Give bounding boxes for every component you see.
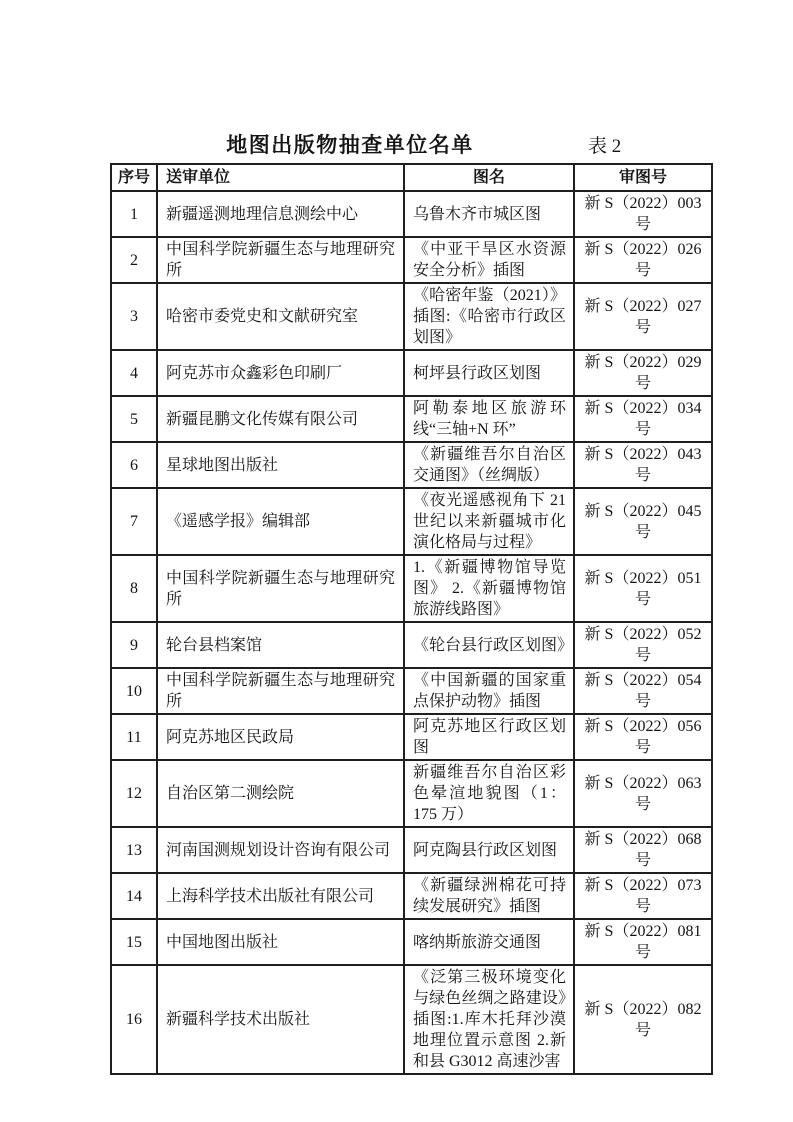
approval-number: 新 S（2022）052 号 bbox=[574, 622, 712, 668]
table-row: 2 中国科学院新疆生态与地理研究所 《中亚干旱区水资源安全分析》插图 新 S（2… bbox=[111, 237, 712, 283]
row-number: 16 bbox=[111, 965, 157, 1074]
document-header: 地图出版物抽查单位名单 表 2 bbox=[0, 130, 793, 162]
submitting-unit: 上海科学技术出版社有限公司 bbox=[157, 873, 404, 919]
table-row: 7 《遥感学报》编辑部 《夜光遥感视角下 21 世纪以来新疆城市化演化格局与过程… bbox=[111, 488, 712, 555]
approval-number: 新 S（2022）029 号 bbox=[574, 350, 712, 396]
map-name: 阿勒泰地区旅游环线“三轴+N 环” bbox=[404, 396, 574, 442]
row-number: 6 bbox=[111, 442, 157, 488]
row-number: 14 bbox=[111, 873, 157, 919]
table-row: 9 轮台县档案馆 《轮台县行政区划图》 新 S（2022）052 号 bbox=[111, 622, 712, 668]
row-number: 8 bbox=[111, 555, 157, 622]
header-row: 序号 送审单位 图名 审图号 bbox=[111, 164, 712, 191]
row-number: 2 bbox=[111, 237, 157, 283]
submitting-unit: 星球地图出版社 bbox=[157, 442, 404, 488]
document-page: 地图出版物抽查单位名单 表 2 序号 送审单位 图名 审图号 1 新疆遥测地理信… bbox=[0, 0, 793, 1122]
table-row: 13 河南国测规划设计咨询有限公司 阿克陶县行政区划图 新 S（2022）068… bbox=[111, 827, 712, 873]
submitting-unit: 新疆遥测地理信息测绘中心 bbox=[157, 191, 404, 237]
map-name: 《哈密年鉴（2021）》插图:《哈密市行政区划图》 bbox=[404, 283, 574, 350]
approval-number: 新 S（2022）063 号 bbox=[574, 760, 712, 827]
map-name: 1.《新疆博物馆导览图》 2.《新疆博物馆旅游线路图》 bbox=[404, 555, 574, 622]
header-cell-no: 序号 bbox=[111, 164, 157, 191]
header-cell-unit: 送审单位 bbox=[157, 164, 404, 191]
row-number: 11 bbox=[111, 714, 157, 760]
row-number: 10 bbox=[111, 668, 157, 714]
approval-number: 新 S（2022）043 号 bbox=[574, 442, 712, 488]
approval-number: 新 S（2022）082 号 bbox=[574, 965, 712, 1074]
submitting-unit: 哈密市委党史和文献研究室 bbox=[157, 283, 404, 350]
row-number: 13 bbox=[111, 827, 157, 873]
submitting-unit: 阿克苏地区民政局 bbox=[157, 714, 404, 760]
map-name: 乌鲁木齐市城区图 bbox=[404, 191, 574, 237]
row-number: 7 bbox=[111, 488, 157, 555]
map-name: 《泛第三极环境变化与绿色丝绸之路建设》插图:1.库木托拜沙漠地理位置示意图 2.… bbox=[404, 965, 574, 1074]
table-row: 5 新疆昆鹏文化传媒有限公司 阿勒泰地区旅游环线“三轴+N 环” 新 S（202… bbox=[111, 396, 712, 442]
map-name: 《新疆维吾尔自治区交通图》（丝绸版） bbox=[404, 442, 574, 488]
submitting-unit: 自治区第二测绘院 bbox=[157, 760, 404, 827]
table-row: 8 中国科学院新疆生态与地理研究所 1.《新疆博物馆导览图》 2.《新疆博物馆旅… bbox=[111, 555, 712, 622]
submitting-unit: 中国科学院新疆生态与地理研究所 bbox=[157, 237, 404, 283]
inspection-units-table: 序号 送审单位 图名 审图号 1 新疆遥测地理信息测绘中心 乌鲁木齐市城区图 新… bbox=[110, 163, 713, 1075]
table-row: 4 阿克苏市众鑫彩色印刷厂 柯坪县行政区划图 新 S（2022）029 号 bbox=[111, 350, 712, 396]
submitting-unit: 轮台县档案馆 bbox=[157, 622, 404, 668]
submitting-unit: 《遥感学报》编辑部 bbox=[157, 488, 404, 555]
submitting-unit: 阿克苏市众鑫彩色印刷厂 bbox=[157, 350, 404, 396]
table-row: 12 自治区第二测绘院 新疆维吾尔自治区彩色晕渲地貌图（1：175 万） 新 S… bbox=[111, 760, 712, 827]
submitting-unit: 中国科学院新疆生态与地理研究所 bbox=[157, 555, 404, 622]
submitting-unit: 中国地图出版社 bbox=[157, 919, 404, 965]
approval-number: 新 S（2022）081 号 bbox=[574, 919, 712, 965]
approval-number: 新 S（2022）045 号 bbox=[574, 488, 712, 555]
approval-number: 新 S（2022）073 号 bbox=[574, 873, 712, 919]
table-row: 16 新疆科学技术出版社 《泛第三极环境变化与绿色丝绸之路建设》插图:1.库木托… bbox=[111, 965, 712, 1074]
map-name: 新疆维吾尔自治区彩色晕渲地貌图（1：175 万） bbox=[404, 760, 574, 827]
approval-number: 新 S（2022）054 号 bbox=[574, 668, 712, 714]
row-number: 15 bbox=[111, 919, 157, 965]
table-row: 1 新疆遥测地理信息测绘中心 乌鲁木齐市城区图 新 S（2022）003 号 bbox=[111, 191, 712, 237]
submitting-unit: 新疆昆鹏文化传媒有限公司 bbox=[157, 396, 404, 442]
map-name: 《中亚干旱区水资源安全分析》插图 bbox=[404, 237, 574, 283]
submitting-unit: 河南国测规划设计咨询有限公司 bbox=[157, 827, 404, 873]
map-name: 《夜光遥感视角下 21 世纪以来新疆城市化演化格局与过程》 bbox=[404, 488, 574, 555]
header-cell-approval: 审图号 bbox=[574, 164, 712, 191]
map-name: 《新疆绿洲棉花可持续发展研究》插图 bbox=[404, 873, 574, 919]
row-number: 9 bbox=[111, 622, 157, 668]
header-cell-map: 图名 bbox=[404, 164, 574, 191]
submitting-unit: 中国科学院新疆生态与地理研究所 bbox=[157, 668, 404, 714]
map-name: 阿克陶县行政区划图 bbox=[404, 827, 574, 873]
table-row: 10 中国科学院新疆生态与地理研究所 《中国新疆的国家重点保护动物》插图 新 S… bbox=[111, 668, 712, 714]
approval-number: 新 S（2022）003 号 bbox=[574, 191, 712, 237]
map-name: 柯坪县行政区划图 bbox=[404, 350, 574, 396]
row-number: 4 bbox=[111, 350, 157, 396]
map-name: 《轮台县行政区划图》 bbox=[404, 622, 574, 668]
row-number: 5 bbox=[111, 396, 157, 442]
approval-number: 新 S（2022）034 号 bbox=[574, 396, 712, 442]
page-title: 地图出版物抽查单位名单 bbox=[226, 130, 474, 160]
row-number: 1 bbox=[111, 191, 157, 237]
table-number-label: 表 2 bbox=[588, 133, 621, 161]
approval-number: 新 S（2022）026 号 bbox=[574, 237, 712, 283]
approval-number: 新 S（2022）027 号 bbox=[574, 283, 712, 350]
submitting-unit: 新疆科学技术出版社 bbox=[157, 965, 404, 1074]
map-name: 阿克苏地区行政区划图 bbox=[404, 714, 574, 760]
table-row: 11 阿克苏地区民政局 阿克苏地区行政区划图 新 S（2022）056 号 bbox=[111, 714, 712, 760]
table-row: 3 哈密市委党史和文献研究室 《哈密年鉴（2021）》插图:《哈密市行政区划图》… bbox=[111, 283, 712, 350]
table-row: 15 中国地图出版社 喀纳斯旅游交通图 新 S（2022）081 号 bbox=[111, 919, 712, 965]
table-row: 6 星球地图出版社 《新疆维吾尔自治区交通图》（丝绸版） 新 S（2022）04… bbox=[111, 442, 712, 488]
approval-number: 新 S（2022）068 号 bbox=[574, 827, 712, 873]
approval-number: 新 S（2022）056 号 bbox=[574, 714, 712, 760]
map-name: 《中国新疆的国家重点保护动物》插图 bbox=[404, 668, 574, 714]
approval-number: 新 S（2022）051 号 bbox=[574, 555, 712, 622]
map-name: 喀纳斯旅游交通图 bbox=[404, 919, 574, 965]
row-number: 12 bbox=[111, 760, 157, 827]
row-number: 3 bbox=[111, 283, 157, 350]
table-row: 14 上海科学技术出版社有限公司 《新疆绿洲棉花可持续发展研究》插图 新 S（2… bbox=[111, 873, 712, 919]
